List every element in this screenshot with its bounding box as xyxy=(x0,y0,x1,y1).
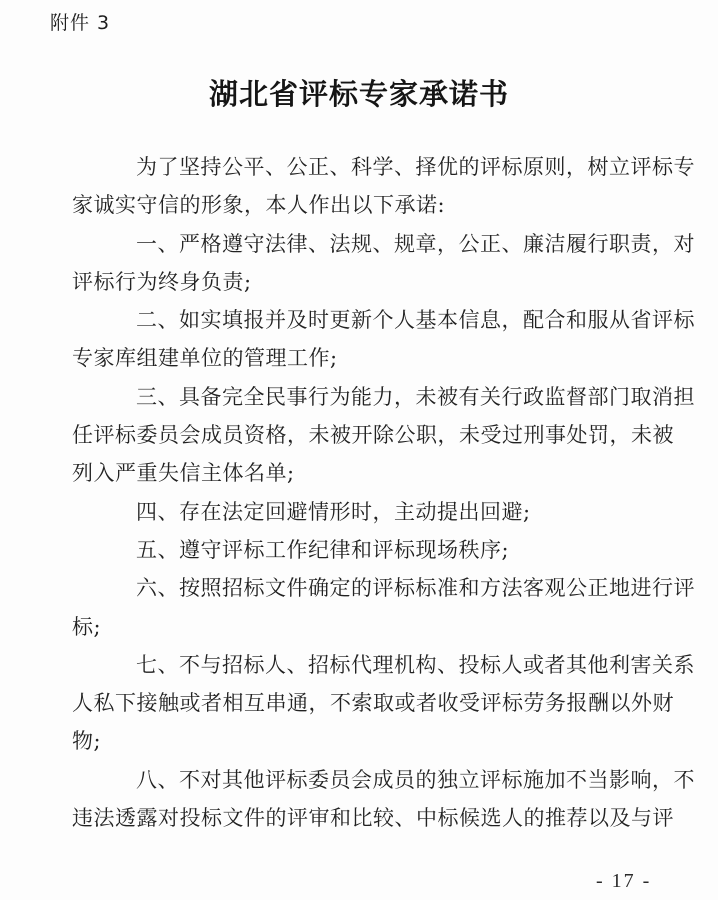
document-page: 附件 3 湖北省评标专家承诺书 为了坚持公平、公正、科学、择优的评标原则，树立评… xyxy=(0,0,718,900)
paragraph-line: 家诚实守信的形象，本人作出以下承诺: xyxy=(72,186,650,224)
paragraph-line: 违法透露对投标文件的评审和比较、中标候选人的推荐以及与评 xyxy=(72,799,650,837)
paragraph-line: 一、严格遵守法律、法规、规章，公正、廉洁履行职责，对 xyxy=(72,225,650,263)
paragraph-line: 评标行为终身负责; xyxy=(72,263,650,301)
paragraph-line: 物; xyxy=(72,722,650,760)
attachment-label: 附件 3 xyxy=(50,8,110,35)
document-title: 湖北省评标专家承诺书 xyxy=(0,72,718,113)
paragraph-line: 为了坚持公平、公正、科学、择优的评标原则，树立评标专 xyxy=(72,148,650,186)
paragraph-line: 六、按照招标文件确定的评标标准和方法客观公正地进行评 xyxy=(72,569,650,607)
paragraph-line: 列入严重失信主体名单; xyxy=(72,454,650,492)
paragraph-line: 四、存在法定回避情形时，主动提出回避; xyxy=(72,493,650,531)
paragraph-line: 标; xyxy=(72,608,650,646)
paragraph-line: 三、具备完全民事行为能力，未被有关行政监督部门取消担 xyxy=(72,378,650,416)
paragraph-line: 七、不与招标人、招标代理机构、投标人或者其他利害关系 xyxy=(72,646,650,684)
paragraph-line: 专家库组建单位的管理工作; xyxy=(72,339,650,377)
paragraph-line: 八、不对其他评标委员会成员的独立评标施加不当影响，不 xyxy=(72,761,650,799)
document-body: 为了坚持公平、公正、科学、择优的评标原则，树立评标专 家诚实守信的形象，本人作出… xyxy=(72,148,650,837)
page-number: - 17 - xyxy=(596,870,651,893)
paragraph-line: 五、遵守评标工作纪律和评标现场秩序; xyxy=(72,531,650,569)
paragraph-line: 人私下接触或者相互串通，不索取或者收受评标劳务报酬以外财 xyxy=(72,684,650,722)
paragraph-line: 二、如实填报并及时更新个人基本信息，配合和服从省评标 xyxy=(72,301,650,339)
paragraph-line: 任评标委员会成员资格，未被开除公职，未受过刑事处罚，未被 xyxy=(72,416,650,454)
